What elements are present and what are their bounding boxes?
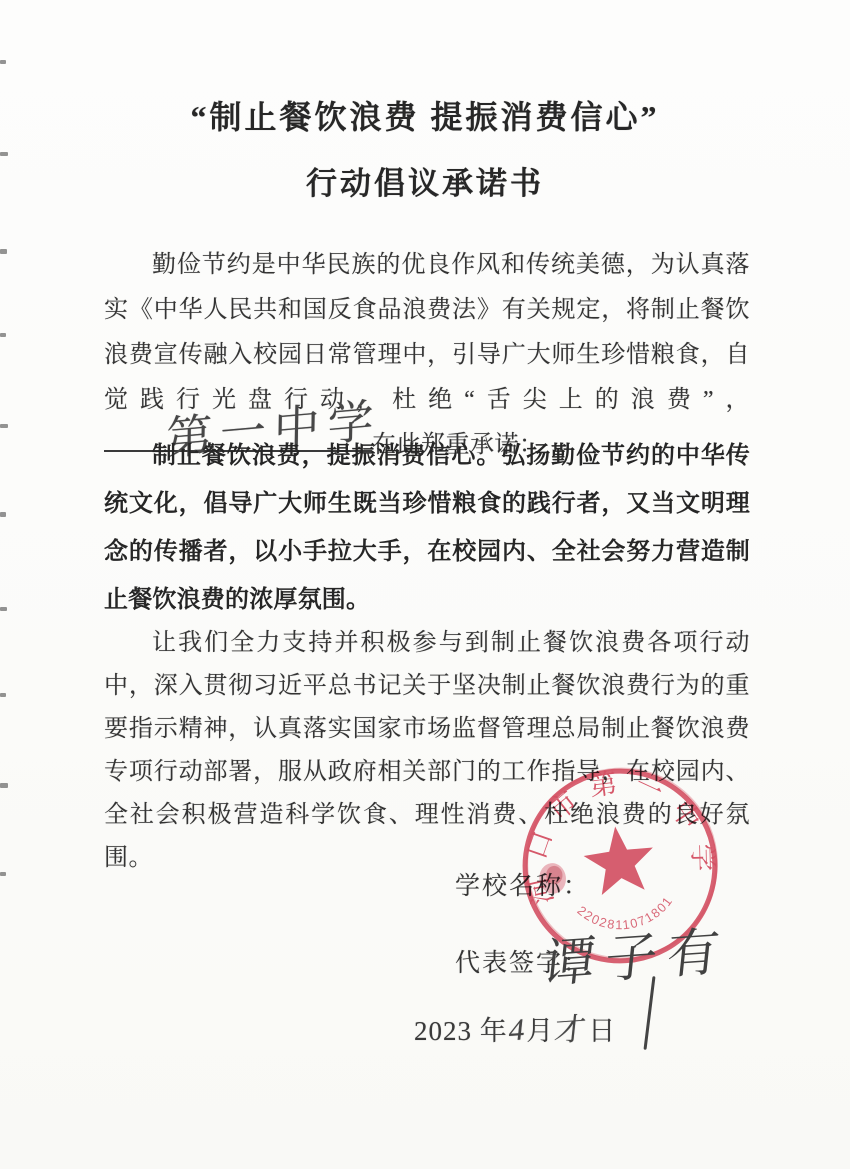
- scan-artifact: [0, 424, 8, 428]
- star-icon: [581, 822, 658, 896]
- scan-artifact: [0, 333, 6, 337]
- handwritten-day: 才: [553, 1003, 590, 1050]
- date-line: 2023 年4月才日: [414, 1004, 616, 1049]
- document-title-line2: 行动倡议承诺书: [0, 158, 850, 203]
- document-title-line1: “制止餐饮浪费 提振消费信心”: [0, 92, 850, 138]
- scan-artifact: [0, 152, 8, 156]
- handwritten-representative-signature: 谭子有: [540, 908, 734, 997]
- date-day-label: 日: [588, 1016, 616, 1046]
- scan-artifact: [0, 60, 6, 64]
- scan-artifact: [0, 693, 6, 697]
- scan-artifact: [0, 783, 8, 788]
- scan-artifact: [0, 607, 7, 611]
- date-year: 2023 年: [414, 1016, 508, 1046]
- scan-artifact: [0, 512, 6, 517]
- paragraph-opening-text: 勤俭节约是中华民族的优良作风和传统美德，为认真落实《中华人民共和国反食品浪费法》…: [104, 252, 750, 413]
- scan-artifact: [0, 872, 6, 876]
- scanned-document-page: “制止餐饮浪费 提振消费信心” 行动倡议承诺书 勤俭节约是中华民族的优良作风和传…: [0, 0, 850, 1169]
- scan-artifact: [0, 249, 7, 254]
- handwritten-month: 4: [507, 1011, 527, 1048]
- paragraph-commitment-bold: 制止餐饮浪费，提振消费信心。弘扬勤俭节约的中华传统文化，倡导广大师生既当珍惜粮食…: [104, 432, 750, 624]
- date-month-label: 月: [526, 1016, 554, 1046]
